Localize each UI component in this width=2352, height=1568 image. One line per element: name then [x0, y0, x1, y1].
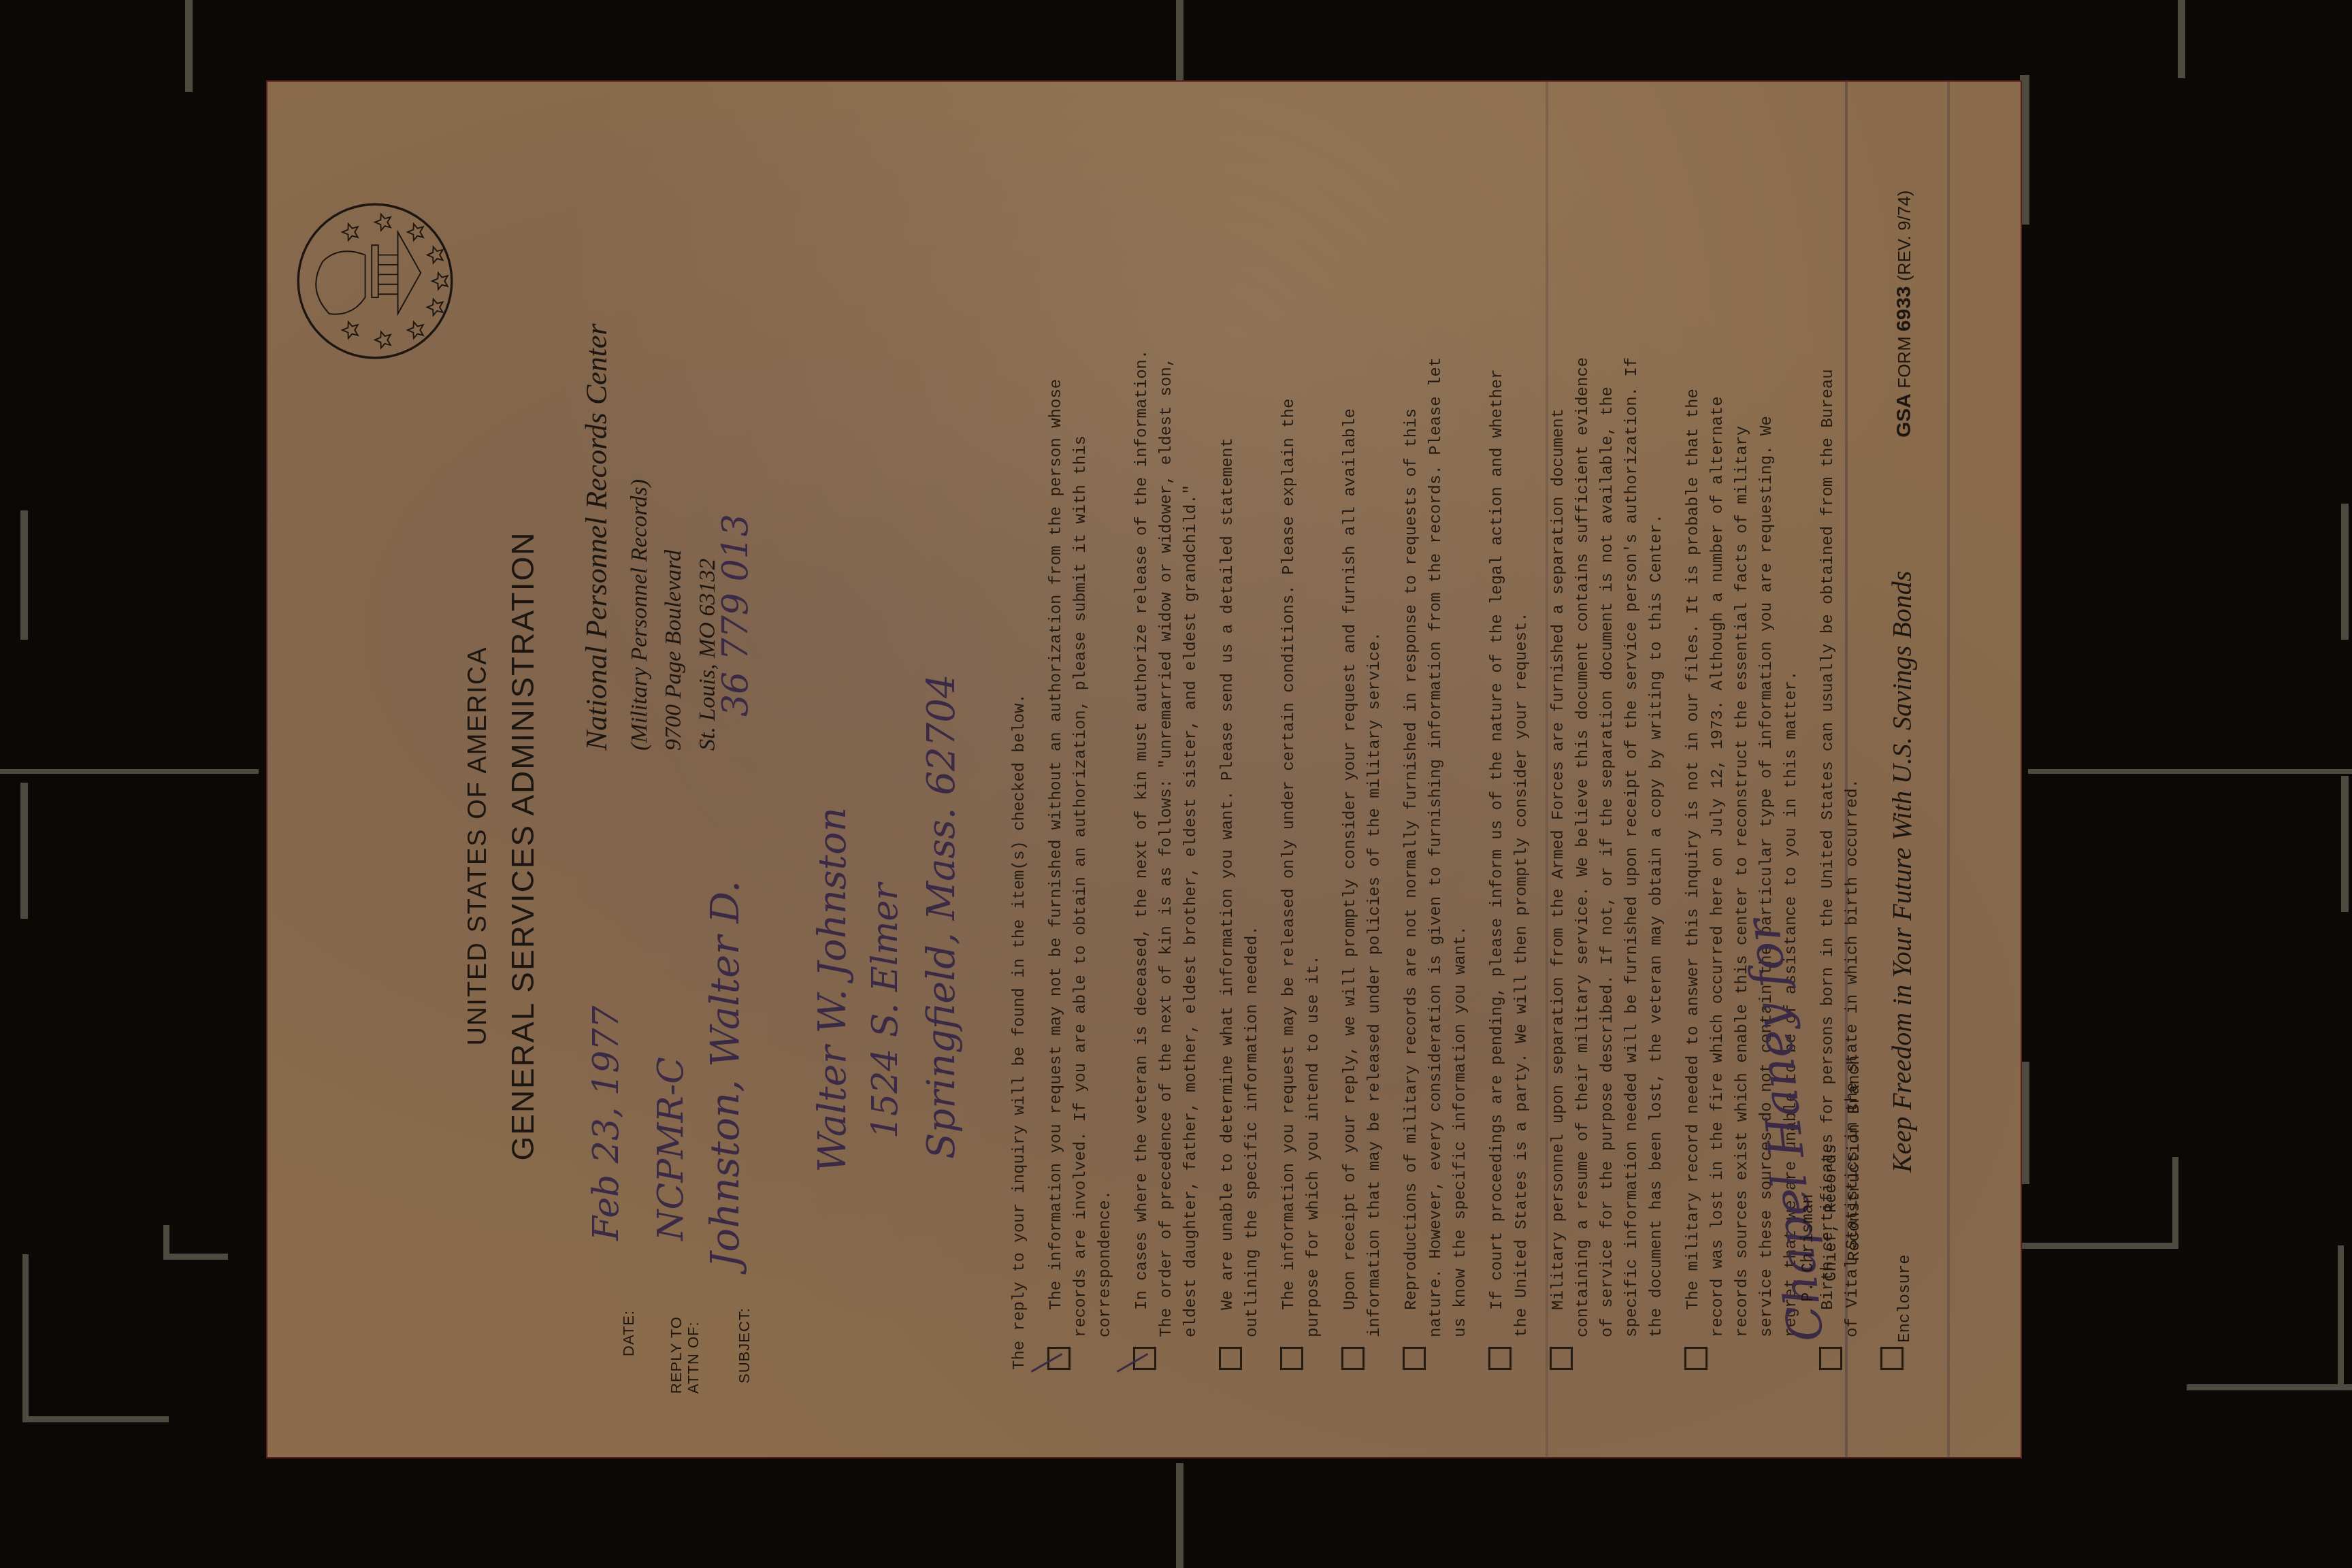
letterhead-agency: GENERAL SERVICES ADMINISTRATION: [504, 410, 541, 1281]
checklist-item: Military personnel upon separation from …: [1547, 349, 1669, 1370]
checklist-item-text: Military personnel upon separation from …: [1547, 349, 1669, 1337]
frame-mark: [163, 1254, 228, 1260]
signer-title-1: Chief, Records: [1820, 1056, 1844, 1302]
frame-mark: [2178, 0, 2185, 78]
subject-label: SUBJECT:: [736, 1307, 753, 1384]
office-name: National Personnel Records Center: [579, 323, 614, 751]
checklist-item: Upon receipt of your reply, we will prom…: [1339, 349, 1388, 1370]
frame-mark: [20, 783, 28, 919]
intro-text: The reply to your inquiry will be found …: [1008, 349, 1032, 1370]
attn-of-label: ATTN OF:: [685, 1316, 702, 1394]
frame-mark: [1176, 0, 1183, 82]
frame-mark: [0, 769, 259, 774]
checkbox[interactable]: [1488, 1347, 1512, 1370]
checkbox[interactable]: [1403, 1347, 1426, 1370]
checklist-item-text: The information you request may be relea…: [1277, 349, 1326, 1337]
frame-mark: [22, 1254, 29, 1422]
document-page: UNITED STATES OF AMERICA GENERAL SERVICE…: [266, 80, 2022, 1458]
addressee-street: 1524 S. Elmer: [865, 883, 906, 1139]
checkbox[interactable]: [1219, 1347, 1242, 1370]
checkbox[interactable]: [1133, 1347, 1156, 1370]
checklist-item-text: We are unable to determine what informat…: [1216, 349, 1265, 1337]
office-street: 9700 Page Boulevard: [661, 550, 687, 751]
reply-to-value: NCPMR-C: [651, 1057, 691, 1241]
checklist-item: If court proceedings are pending, please…: [1486, 349, 1535, 1370]
checkbox[interactable]: [1684, 1347, 1708, 1370]
frame-mark: [2018, 1243, 2178, 1249]
document-paper: UNITED STATES OF AMERICA GENERAL SERVICE…: [266, 80, 2022, 1458]
checkbox[interactable]: [1550, 1347, 1573, 1370]
frame-mark: [2338, 1245, 2344, 1390]
reply-to-label: REPLY TO: [668, 1316, 685, 1394]
checklist-item-text: Upon receipt of your reply, we will prom…: [1339, 349, 1388, 1337]
checkbox[interactable]: [1341, 1347, 1365, 1370]
checklist-item-text: If court proceedings are pending, please…: [1486, 349, 1535, 1337]
frame-mark: [2028, 769, 2352, 774]
checklist-item: Reproductions of military records are no…: [1400, 349, 1473, 1370]
signer-name: P. Chrisman: [1797, 1056, 1820, 1302]
frame-mark: [2172, 1157, 2178, 1249]
frame-mark: [20, 510, 28, 640]
service-number: 36 779 013: [715, 514, 756, 717]
letterhead-country: UNITED STATES OF AMERICA: [463, 438, 493, 1254]
checkbox[interactable]: [1047, 1347, 1071, 1370]
checkbox[interactable]: [1880, 1347, 1904, 1370]
addressee-city: Springfield, Mass. 62704: [919, 674, 964, 1159]
savings-bonds-slogan: Keep Freedom in Your Future With U.S. Sa…: [1886, 571, 1918, 1173]
date-label: DATE:: [620, 1310, 637, 1356]
frame-mark: [1176, 1463, 1183, 1568]
checkbox[interactable]: [1280, 1347, 1303, 1370]
subject-value: Johnston, Walter D.: [702, 881, 748, 1268]
checklist-item: The information you request may be relea…: [1277, 349, 1326, 1370]
checklist-item: We are unable to determine what informat…: [1216, 349, 1265, 1370]
checklist-item-text: The information you request may not be f…: [1045, 349, 1118, 1337]
addressee-name: Walter W. Johnston: [811, 807, 855, 1173]
frame-mark: [185, 0, 193, 92]
date-value: Feb 23, 1977: [586, 1006, 627, 1241]
signer-title-2: Reconstruction Branch: [1844, 1056, 1867, 1302]
frame-mark: [22, 1416, 169, 1422]
checklist-item: In cases where the veteran is deceased, …: [1130, 349, 1204, 1370]
form-number: GSA FORM 6933 (REV. 9/74): [1893, 191, 1916, 438]
frame-mark: [2187, 1384, 2352, 1390]
checklist-item: The information you request may not be f…: [1045, 349, 1118, 1370]
checklist-item-text: In cases where the veteran is deceased, …: [1130, 349, 1204, 1337]
checklist-item-text: Reproductions of military records are no…: [1400, 349, 1473, 1337]
frame-mark: [2341, 504, 2349, 640]
gsa-seal-icon: [293, 199, 457, 363]
frame-mark: [2341, 776, 2349, 912]
checkbox[interactable]: [1819, 1347, 1842, 1370]
office-subtitle: (Military Personnel Records): [627, 479, 653, 751]
